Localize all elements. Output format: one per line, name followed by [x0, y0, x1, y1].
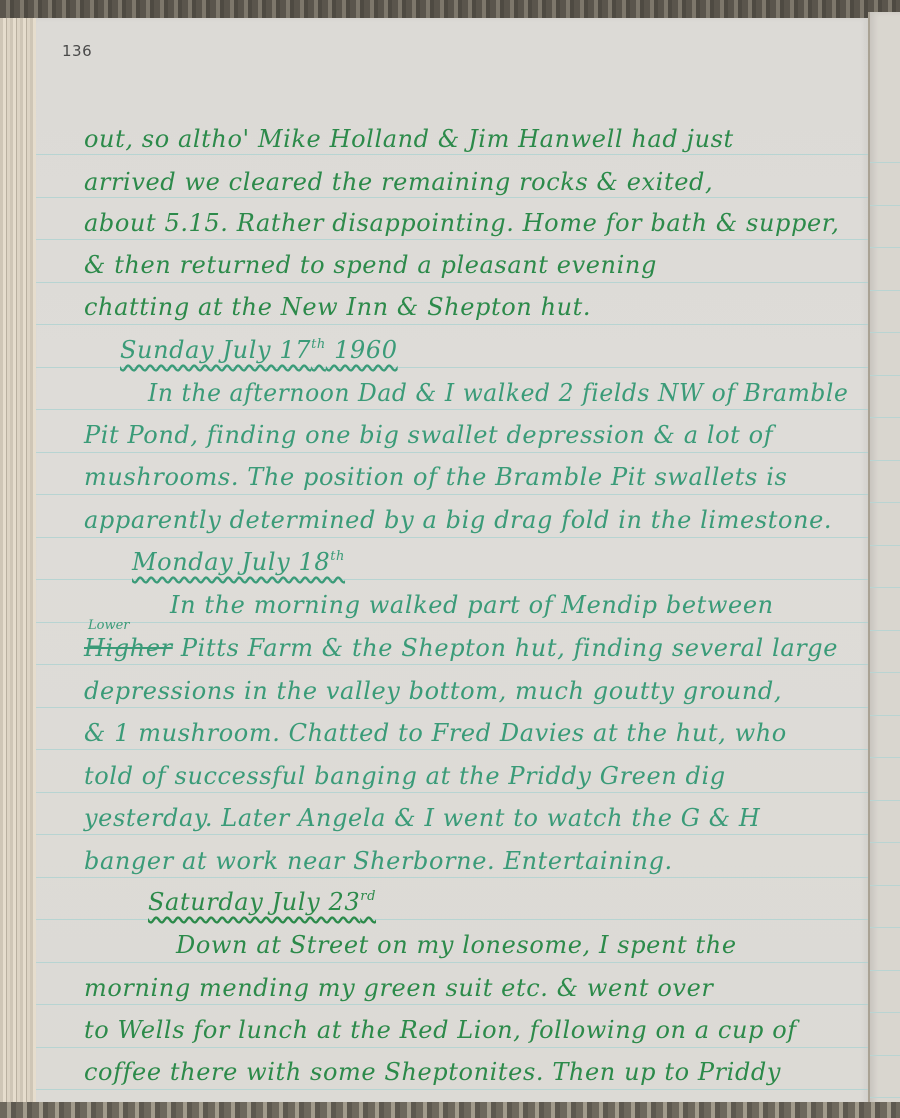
line-text: Pitts Farm & the Shepton hut, finding se…	[173, 634, 838, 662]
text-line: & then returned to spend a pleasant even…	[84, 251, 657, 279]
text-line: about 5.15. Rather disappointing. Home f…	[84, 209, 839, 237]
entry-heading: Saturday July 23rd	[148, 888, 376, 916]
text-line: & 1 mushroom. Chatted to Fred Davies at …	[84, 719, 787, 747]
struck-word: Higher	[84, 634, 173, 662]
ruled-line	[870, 1012, 900, 1013]
ruled-line	[870, 587, 900, 588]
ruled-line	[870, 247, 900, 248]
ruled-line	[870, 757, 900, 758]
text-line: mushrooms. The position of the Bramble P…	[84, 463, 787, 491]
text-line: Down at Street on my lonesome, I spent t…	[176, 931, 737, 959]
ruled-line	[870, 460, 900, 461]
text-line: In the afternoon Dad & I walked 2 fields…	[148, 379, 848, 407]
ruled-line	[870, 502, 900, 503]
diary-text: out, so altho' Mike Holland & Jim Hanwel…	[36, 18, 868, 1106]
text-line: depressions in the valley bottom, much g…	[84, 677, 782, 705]
ruled-line	[870, 715, 900, 716]
text-line: arrived we cleared the remaining rocks &…	[84, 168, 713, 196]
entry-heading-year: 1960	[326, 336, 398, 364]
ruled-line	[870, 417, 900, 418]
entry-heading-day: Saturday July 23	[148, 888, 360, 916]
ruled-line	[870, 927, 900, 928]
text-line: to Wells for lunch at the Red Lion, foll…	[84, 1016, 797, 1044]
ruled-line	[870, 1097, 900, 1098]
notebook-page: 136 out, so altho' Mike Holland & Jim Ha…	[36, 18, 868, 1106]
page-stack-edge	[0, 18, 37, 1106]
text-line: morning mending my green suit etc. & wen…	[84, 974, 713, 1002]
text-line: coffee there with some Sheptonites. Then…	[84, 1058, 781, 1086]
ruled-line	[870, 842, 900, 843]
ruled-line	[870, 800, 900, 801]
entry-heading-suffix: rd	[360, 889, 376, 904]
entry-heading-day: Sunday July 17	[120, 336, 311, 364]
text-line-with-correction: Higher Pitts Farm & the Shepton hut, fin…	[84, 634, 838, 662]
ruled-line	[870, 970, 900, 971]
inserted-word: Lower	[88, 618, 130, 633]
text-line: Pit Pond, finding one big swallet depres…	[84, 421, 773, 449]
ruled-line	[870, 1055, 900, 1056]
text-line: out, so altho' Mike Holland & Jim Hanwel…	[84, 125, 734, 153]
table-surface-bottom	[0, 1102, 900, 1118]
ruled-line	[870, 630, 900, 631]
ruled-line	[870, 885, 900, 886]
entry-heading: Monday July 18th	[132, 548, 345, 576]
entry-heading-suffix: th	[330, 549, 345, 564]
ruled-line	[870, 375, 900, 376]
ruled-line	[870, 545, 900, 546]
facing-page-edge	[868, 12, 900, 1108]
ruled-line	[870, 672, 900, 673]
text-line: yesterday. Later Angela & I went to watc…	[84, 804, 760, 832]
text-line: chatting at the New Inn & Shepton hut.	[84, 293, 591, 321]
ruled-line	[870, 290, 900, 291]
entry-heading: Sunday July 17th 1960	[120, 336, 398, 364]
entry-heading-suffix: th	[311, 337, 326, 352]
text-line: told of successful banging at the Priddy…	[84, 762, 726, 790]
text-line: apparently determined by a big drag fold…	[84, 506, 832, 534]
text-line: In the morning walked part of Mendip bet…	[170, 591, 774, 619]
ruled-line	[870, 332, 900, 333]
ruled-line	[870, 205, 900, 206]
entry-heading-day: Monday July 18	[132, 548, 330, 576]
ruled-line	[870, 162, 900, 163]
text-line: banger at work near Sherborne. Entertain…	[84, 847, 673, 875]
